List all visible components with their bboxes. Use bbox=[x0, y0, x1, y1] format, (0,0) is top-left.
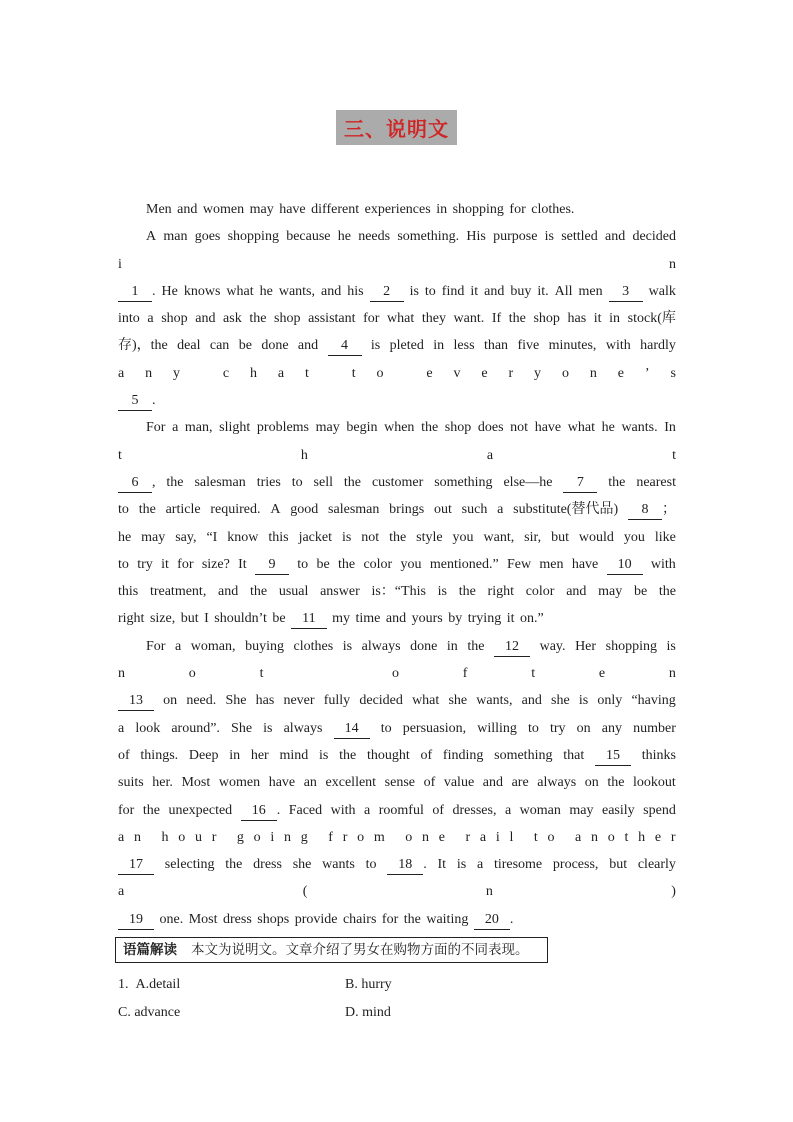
passage-line-1: Men and women may have different experie… bbox=[118, 196, 676, 223]
summary-text: 本文为说明文。文章介绍了男女在购物方面的不同表现。 bbox=[191, 942, 529, 957]
passage-line-13: hemaysay,“Iknowthisjacketisnotthestyleyo… bbox=[118, 524, 676, 551]
passage-line-10: that bbox=[118, 442, 676, 469]
passage-line-22: suitsher.Mostwomenhaveanexcellentsenseof… bbox=[118, 769, 676, 796]
passage-line-9: Foraman,slightproblemsmaybeginwhenthesho… bbox=[118, 414, 676, 441]
passage-line-8: 5. bbox=[118, 387, 676, 414]
worksheet-page: 三、说明文 Men and women may have different e… bbox=[0, 0, 793, 1122]
cloze-blank-5: 5 bbox=[118, 393, 152, 411]
question-options: 1.A.detail B. hurry C. advance D. mind bbox=[118, 971, 548, 1026]
cloze-blank-10: 10 bbox=[607, 557, 643, 575]
cloze-blank-14: 14 bbox=[334, 721, 370, 739]
passage-line-14: totryitforsize?It9tobethecoloryoumention… bbox=[118, 551, 676, 578]
passage-line-24: anhourgoingfromonerailtoanother bbox=[118, 824, 676, 851]
passage-line-21: ofthings.Deepinhermindisthethoughtoffind… bbox=[118, 742, 676, 769]
cloze-blank-3: 3 bbox=[609, 284, 643, 302]
cloze-blank-1: 1 bbox=[118, 284, 152, 302]
passage-line-6: 存)，thedealcanbedoneand4ispletedinlesstha… bbox=[118, 332, 676, 359]
passage-line-18: notoften bbox=[118, 660, 676, 687]
passage-line-17: Forawoman,buyingclothesisalwaysdoneinthe… bbox=[118, 633, 676, 660]
cloze-blank-19: 19 bbox=[118, 912, 154, 930]
cloze-blank-16: 16 bbox=[241, 803, 277, 821]
passage-line-23: fortheunexpected16.Facedwitharoomfulofdr… bbox=[118, 797, 676, 824]
doc-title-row: 三、说明文 bbox=[0, 110, 793, 145]
cloze-blank-6: 6 bbox=[118, 475, 152, 493]
passage-line-4: 1.Heknowswhathewants,andhis2istofinditan… bbox=[118, 278, 676, 305]
cloze-blank-13: 13 bbox=[118, 693, 154, 711]
summary-label: 语篇解读 bbox=[123, 942, 177, 957]
option-c: C. advance bbox=[118, 1005, 180, 1020]
passage-line-5: intoashopandasktheshopassistantforwhatth… bbox=[118, 305, 676, 332]
summary-box: 语篇解读本文为说明文。文章介绍了男女在购物方面的不同表现。 bbox=[115, 937, 548, 963]
option-cell-c: C. advance bbox=[118, 999, 345, 1027]
option-b: B. hurry bbox=[345, 977, 392, 992]
passage-line-20: alookaround”.Sheisalways14topersuasion,w… bbox=[118, 715, 676, 742]
question-number: 1. bbox=[118, 977, 129, 992]
option-cell-d: D. mind bbox=[345, 999, 548, 1027]
passage-line-19: 13onneed.Shehasneverfullydecidedwhatshew… bbox=[118, 687, 676, 714]
cloze-blank-11: 11 bbox=[291, 611, 326, 629]
passage-line-15: thistreatment,andtheusualansweris：“Thisi… bbox=[118, 578, 676, 605]
passage-line-27: 19 one. Most dress shops provide chairs … bbox=[118, 906, 676, 933]
passage-line-25: 17selectingthedressshewantsto18.Itisatir… bbox=[118, 851, 676, 878]
cloze-blank-15: 15 bbox=[595, 748, 631, 766]
cloze-blank-8: 8 bbox=[628, 502, 662, 520]
passage-line-16: right size, but I shouldn’t be 11 my tim… bbox=[118, 605, 676, 632]
cloze-blank-4: 4 bbox=[328, 338, 362, 356]
passage-line-12: tothearticlerequired.Agoodsalesmanbrings… bbox=[118, 496, 676, 523]
cloze-blank-2: 2 bbox=[370, 284, 404, 302]
cloze-blank-20: 20 bbox=[474, 912, 510, 930]
option-d: D. mind bbox=[345, 1005, 391, 1020]
passage-line-3: in bbox=[118, 251, 676, 278]
cloze-blank-18: 18 bbox=[387, 857, 423, 875]
passage-line-11: 6,thesalesmantriestosellthecustomersomet… bbox=[118, 469, 676, 496]
doc-title: 三、说明文 bbox=[336, 110, 457, 145]
passage: Men and women may have different experie… bbox=[118, 196, 676, 933]
option-cell-a: 1.A.detail bbox=[118, 971, 345, 999]
cloze-blank-12: 12 bbox=[494, 639, 530, 657]
cloze-blank-17: 17 bbox=[118, 857, 154, 875]
passage-line-26: a(n) bbox=[118, 878, 676, 905]
passage-line-7: anychattoeveryone’s bbox=[118, 360, 676, 387]
cloze-blank-7: 7 bbox=[563, 475, 597, 493]
option-a: A.detail bbox=[136, 977, 181, 992]
cloze-blank-9: 9 bbox=[255, 557, 289, 575]
option-cell-b: B. hurry bbox=[345, 971, 548, 999]
passage-line-2: Amangoesshoppingbecauseheneedssomething.… bbox=[118, 223, 676, 250]
